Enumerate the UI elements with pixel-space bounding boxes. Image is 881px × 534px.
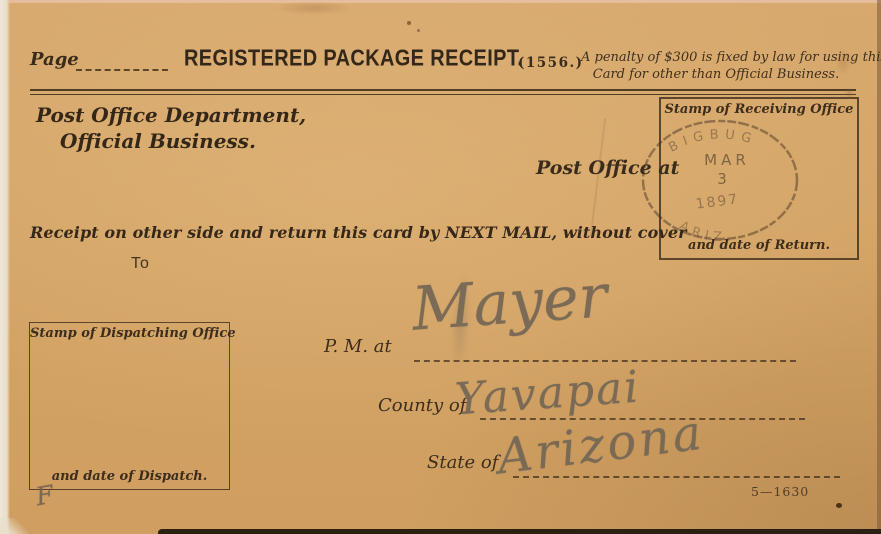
department-line: Post Office Department, bbox=[36, 103, 306, 127]
ink-speck bbox=[407, 21, 411, 25]
header-divider-rule bbox=[30, 89, 856, 95]
document-title: REGISTERED PACKAGE RECEIPT. bbox=[184, 46, 523, 72]
penalty-note-line2: Card for other than Official Business. bbox=[581, 66, 851, 83]
postmark-year: 1897 bbox=[695, 191, 740, 212]
official-business-line: Official Business. bbox=[60, 129, 256, 153]
scan-corner-bottom-left bbox=[0, 518, 30, 534]
scan-edge-top bbox=[8, 0, 881, 3]
field-label-county: County of bbox=[378, 395, 466, 416]
ink-speck bbox=[836, 503, 842, 508]
field-label-pm-at: P. M. at bbox=[324, 336, 392, 357]
field-label-state: State of bbox=[427, 452, 498, 473]
page-fill-line bbox=[76, 51, 168, 71]
field-value-pm-at-handwritten: Mayer bbox=[410, 266, 609, 339]
scan-edge-right bbox=[877, 0, 881, 534]
postmark-day: 3 bbox=[717, 170, 727, 188]
ink-speck bbox=[417, 29, 420, 32]
scan-edge-bottom bbox=[158, 529, 881, 534]
penalty-note-line1: A penalty of $300 is fixed by law for us… bbox=[581, 49, 851, 66]
stain-top-center bbox=[274, 1, 352, 15]
postmark-month: MAR bbox=[704, 151, 750, 169]
dispatching-stamp-box: Stamp of Dispatching Office and date of … bbox=[29, 322, 230, 490]
dispatching-stamp-date-label: and date of Dispatch. bbox=[30, 469, 229, 484]
field-line-pm-at bbox=[414, 342, 796, 362]
form-number: (1556.) bbox=[518, 55, 584, 71]
field-value-county-handwritten: Yavapai bbox=[454, 366, 642, 423]
penalty-note: A penalty of $300 is fixed by law for us… bbox=[581, 49, 851, 83]
page-label: Page bbox=[30, 49, 79, 70]
scan-edge-left bbox=[0, 0, 10, 534]
dispatching-stamp-label: Stamp of Dispatching Office bbox=[30, 326, 229, 341]
scanned-card: Page REGISTERED PACKAGE RECEIPT. (1556.)… bbox=[0, 0, 881, 534]
to-label: To bbox=[131, 255, 150, 273]
return-instruction-line: Receipt on other side and return this ca… bbox=[30, 223, 687, 242]
print-code: 5—1630 bbox=[751, 484, 809, 499]
